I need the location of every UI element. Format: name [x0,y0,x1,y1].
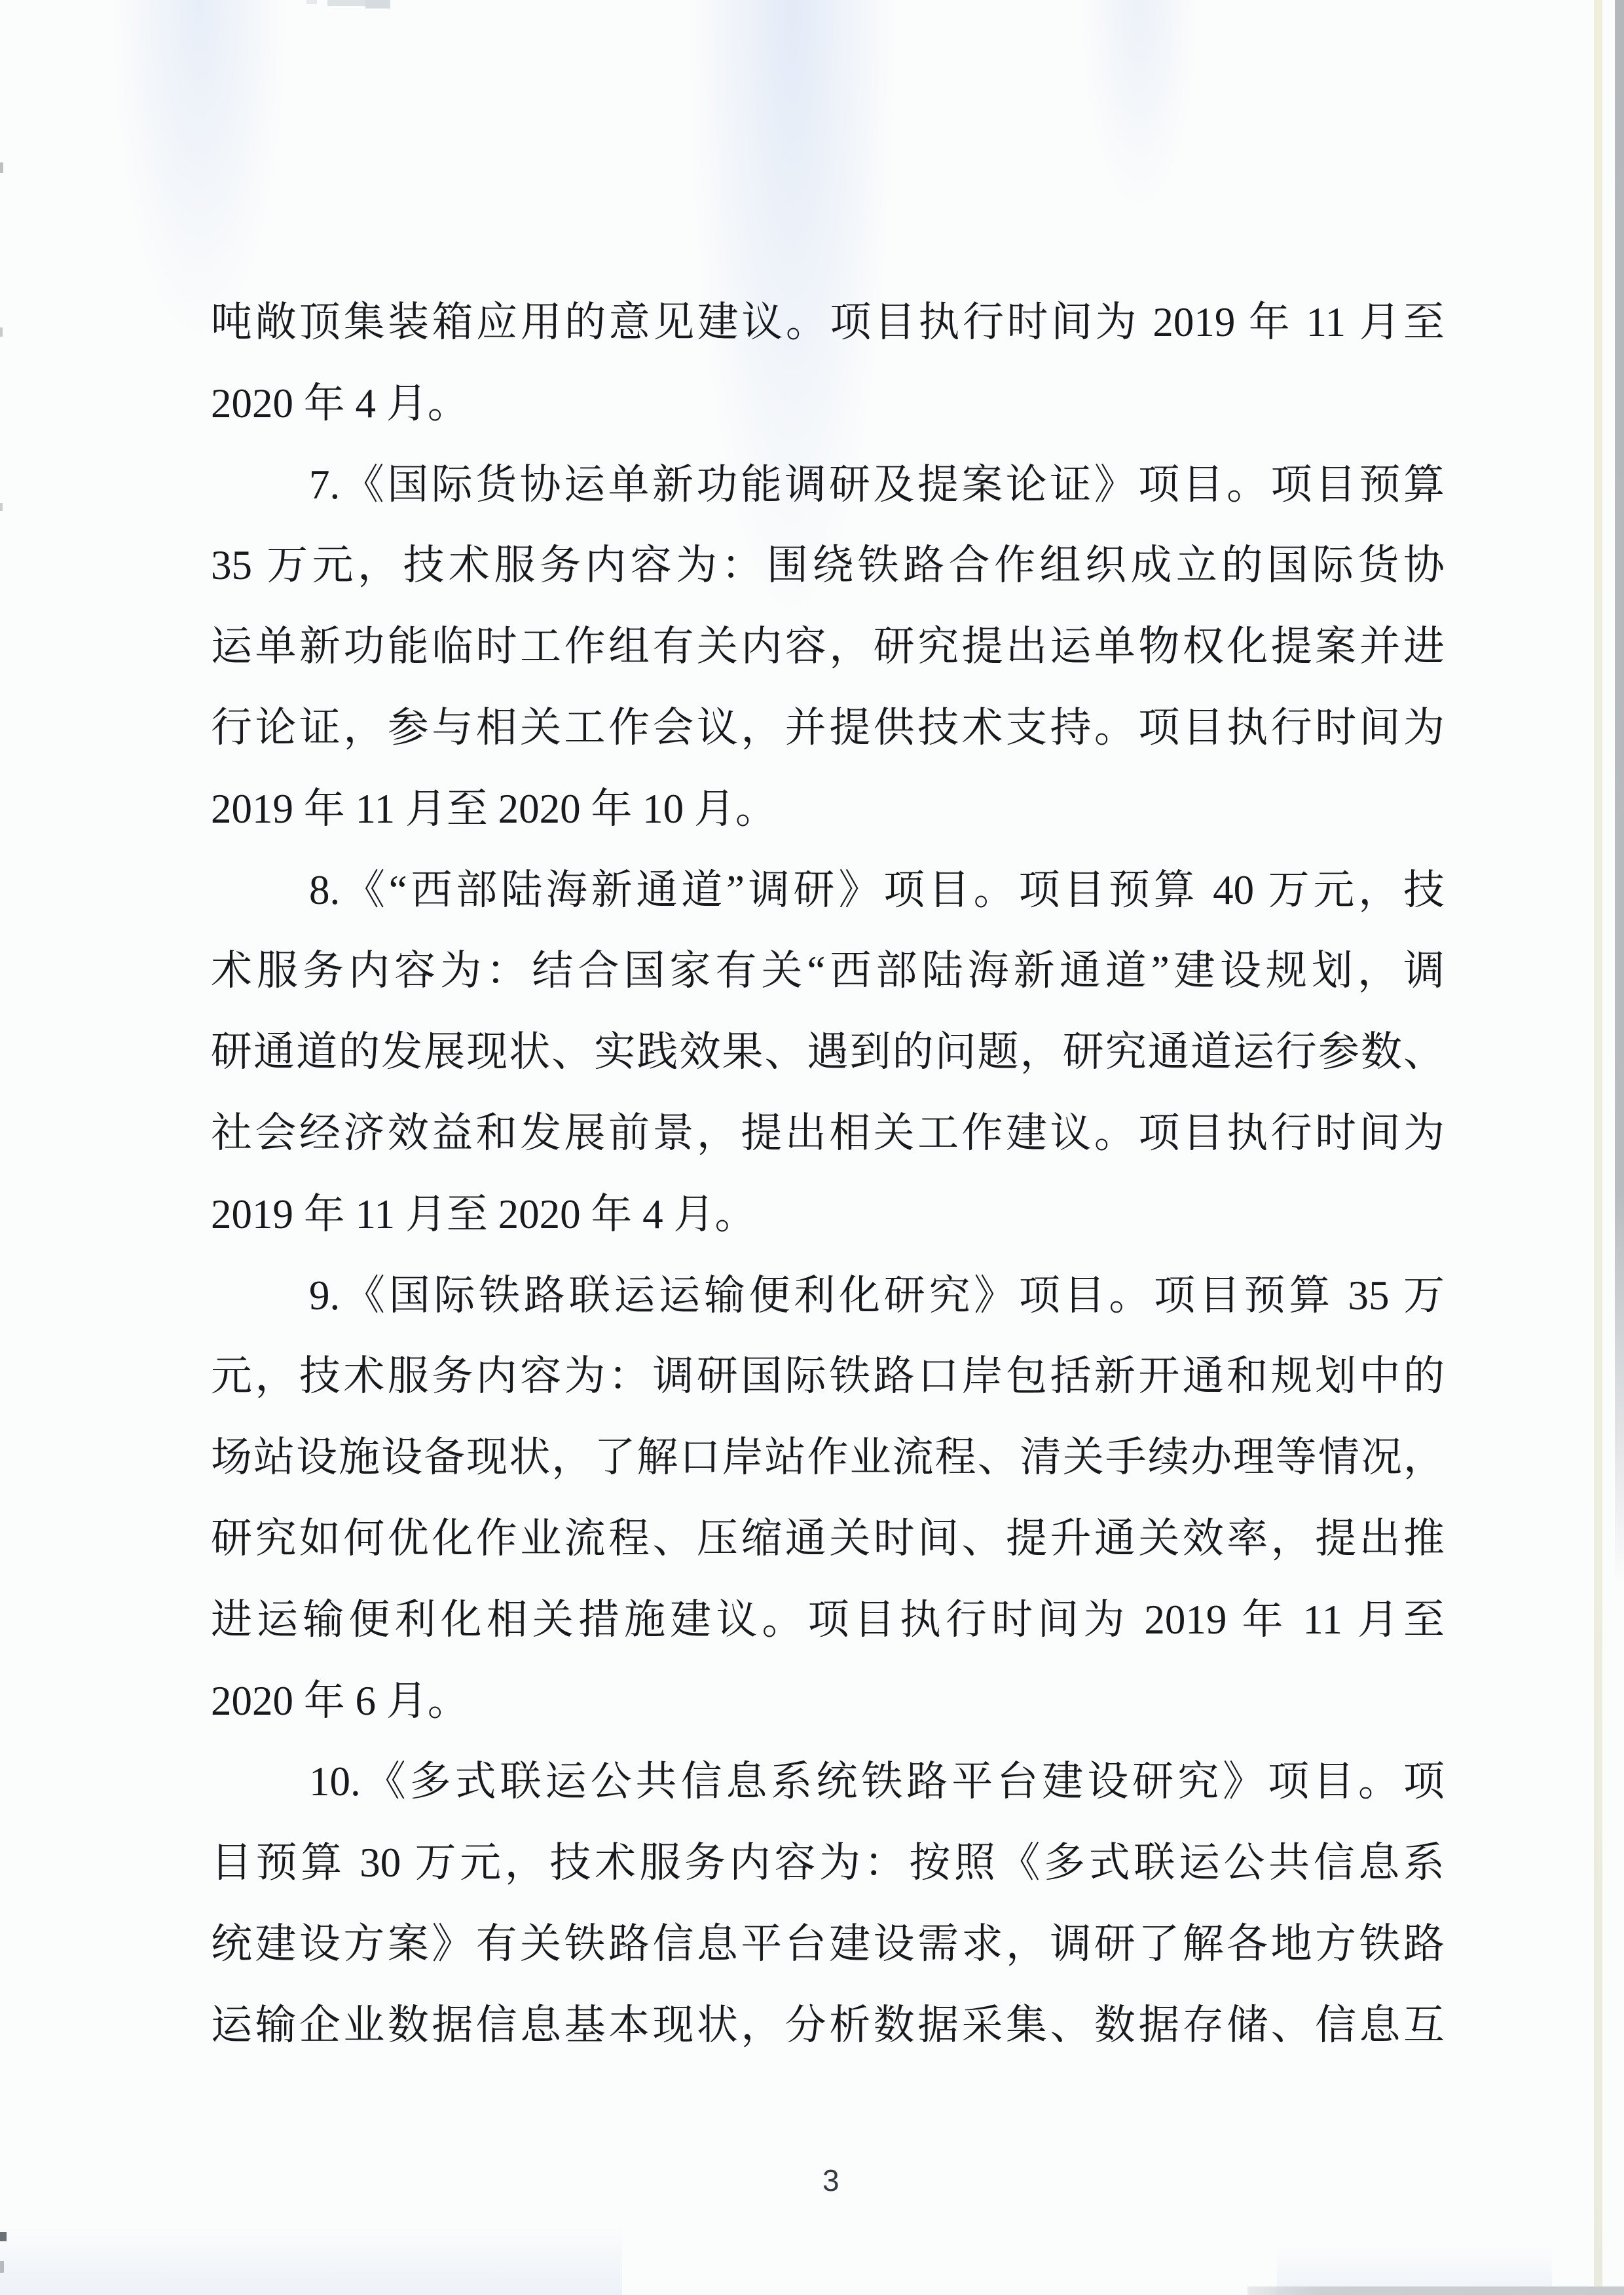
text-line: 运输企业数据信息基本现状，分析数据采集、数据存储、信息互 [211,1985,1445,2066]
scan-edge-bottom [1247,2286,1624,2295]
scan-edge-right [1615,0,1624,1585]
text-line: 目预算 30 万元，技术服务内容为：按照《多式联运公共信息系 [211,1823,1445,1904]
text-line: 2020 年 6 月。 [211,1661,1445,1742]
text-line: 社会经济效益和发展前景，提出相关工作建议。项目执行时间为 [211,1093,1445,1174]
scan-artifact-top [365,0,390,9]
scan-artifact-left [0,162,3,173]
text-line: 2020 年 4 月。 [211,364,1445,445]
text-line: 研通道的发展现状、实践效果、遇到的问题，研究通道运行参数、 [211,1012,1445,1093]
text-line: 运单新功能临时工作组有关内容，研究提出运单物权化提案并进 [211,606,1445,688]
scan-edge-cream [1594,0,1602,2295]
text-line: 统建设方案》有关铁路信息平台建设需求，调研了解各地方铁路 [211,1904,1445,1985]
scan-artifact-top [306,0,317,4]
scan-artifact-left [0,503,3,511]
text-line: 9.《国际铁路联运运输便利化研究》项目。项目预算 35 万 [211,1256,1445,1337]
text-line: 7.《国际货协运单新功能调研及提案论证》项目。项目预算 [211,445,1445,526]
scan-artifact-bottom-left [0,2232,7,2241]
text-line: 场站设施设备现状，了解口岸站作业流程、清关手续办理等情况， [211,1417,1445,1499]
text-line: 进运输便利化相关措施建议。项目执行时间为 2019 年 11 月至 [211,1580,1445,1661]
text-line: 术服务内容为：结合国家有关“西部陆海新通道”建设规划，调 [211,931,1445,1012]
text-line: 研究如何优化作业流程、压缩通关时间、提升通关效率，提出推 [211,1499,1445,1580]
text-line: 35 万元，技术服务内容为：围绕铁路合作组织成立的国际货协 [211,525,1445,606]
text-line: 2019 年 11 月至 2020 年 10 月。 [211,769,1445,850]
text-line: 2019 年 11 月至 2020 年 4 月。 [211,1174,1445,1256]
text-line: 吨敞顶集装箱应用的意见建议。项目执行时间为 2019 年 11 月至 [211,282,1445,364]
scan-tint [0,2227,622,2295]
text-line: 元，技术服务内容为：调研国际铁路口岸包括新开通和规划中的 [211,1336,1445,1417]
page-number: 3 [822,2165,840,2195]
document-body: 吨敞顶集装箱应用的意见建议。项目执行时间为 2019 年 11 月至2020 年… [211,282,1445,2066]
page: { "page": { "number": "3", "paper_color"… [0,0,1624,2295]
scan-tint [1080,0,1198,210]
scan-artifact-left [0,327,3,337]
text-line: 10.《多式联运公共信息系统铁路平台建设研究》项目。项 [211,1742,1445,1823]
scan-artifact-top [327,0,365,6]
scan-artifact-bottom-left [0,2261,4,2273]
text-line: 行论证，参与相关工作会议，并提供技术支持。项目执行时间为 [211,688,1445,769]
text-line: 8.《“西部陆海新通道”调研》项目。项目预算 40 万元，技 [211,850,1445,931]
